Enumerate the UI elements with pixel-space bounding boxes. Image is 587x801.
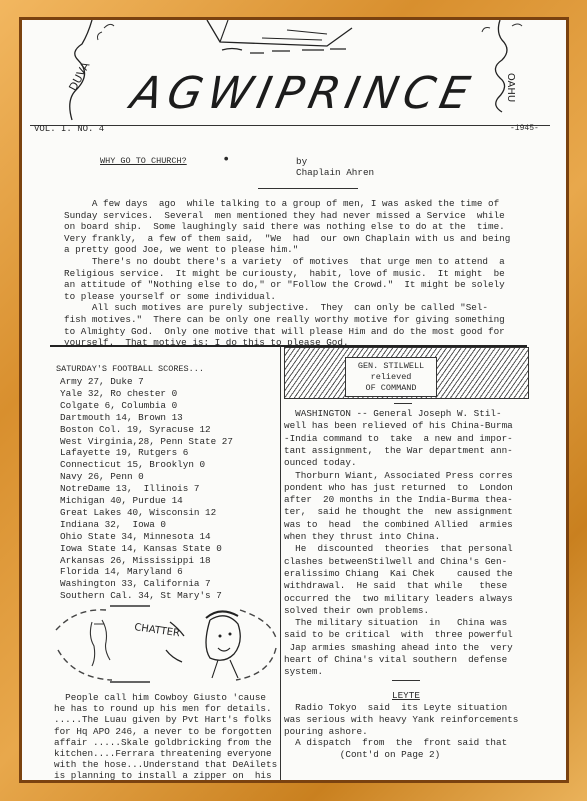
text-line: Very frankly, a few of them said, "We ha… xyxy=(64,233,510,245)
text-line: with the hose...Understand that DeAilets xyxy=(54,759,277,771)
text-line: after 20 months in the India-Burma thea- xyxy=(284,494,513,506)
text-line: affair .....Skale goldbricking from the xyxy=(54,737,272,749)
masthead-rule xyxy=(30,125,550,126)
text-line: when they thrust into China. xyxy=(284,531,440,543)
football-scores-title: SATURDAY'S FOOTBALL SCORES... xyxy=(56,364,204,376)
score-line: Great Lakes 40, Wisconsin 12 xyxy=(60,507,216,519)
score-line: Boston Col. 19, Syracuse 12 xyxy=(60,424,211,436)
text-line: Jap armies smashing ahead into the very xyxy=(284,642,513,654)
text-line: Thorburn Wiant, Associated Press corres xyxy=(284,470,513,482)
issue-year: -1945- xyxy=(510,124,539,133)
text-line: A dispatch from the front said that xyxy=(284,737,507,749)
text-line: solved their own problems. xyxy=(284,605,429,617)
stilwell-headline-line-3: OF COMMAND xyxy=(346,383,436,394)
text-line: to Almighty God. Only one motive that wi… xyxy=(64,326,505,338)
text-line: ounced today. xyxy=(284,457,357,469)
score-line: Arkansas 26, Mississippi 18 xyxy=(60,555,211,567)
text-line: eralissimo Chiang Kai Chek caused the xyxy=(284,568,513,580)
text-line: he has to round up his men for details. xyxy=(54,703,272,715)
oahu-label: OAHU xyxy=(505,73,516,102)
leyte-divider xyxy=(392,680,420,681)
newsletter-page: DUVA OAHU AGWIPRINCE VOL. I. NO. 4 -1945… xyxy=(22,20,566,780)
text-line: Sunday services. Several men mentioned t… xyxy=(64,210,505,222)
masthead: DUVA OAHU AGWIPRINCE VOL. I. NO. 4 -1945… xyxy=(22,20,566,135)
text-line: ter, said he thought the new assignment xyxy=(284,506,513,518)
text-line: said to be critical with three powerful xyxy=(284,629,513,641)
text-line: is planning to install a zipper on his xyxy=(54,770,272,780)
score-line: Army 27, Duke 7 xyxy=(60,376,144,388)
score-line: NotreDame 13, Illinois 7 xyxy=(60,483,199,495)
article-divider xyxy=(258,188,358,189)
text-line: a pretty good Joe, we went to please him… xyxy=(64,244,298,256)
score-line: Lafayette 19, Rutgers 6 xyxy=(60,447,188,459)
column-rule xyxy=(280,345,281,780)
text-line: to please yourself or some individual. xyxy=(64,291,276,303)
text-line: system. xyxy=(284,666,323,678)
volume-number: VOL. I. NO. 4 xyxy=(34,124,104,134)
leyte-title: LEYTE xyxy=(392,690,420,702)
score-line: Florida 14, Maryland 6 xyxy=(60,566,183,578)
text-line: There's no doubt there's a variety of mo… xyxy=(64,256,505,268)
dateline-dash xyxy=(394,403,412,404)
byline-author: Chaplain Ahren xyxy=(296,167,374,179)
score-line: Iowa State 14, Kansas State 0 xyxy=(60,543,222,555)
text-line: occurred the two military leaders always xyxy=(284,593,513,605)
text-line: A few days ago while talking to a group … xyxy=(64,198,499,210)
chatter-cartoon-icon: CHATTER xyxy=(50,600,282,688)
text-line: fish motives." There can be only one rea… xyxy=(64,314,505,326)
text-line: Religious service. It might be curiousty… xyxy=(64,268,505,280)
score-line: Dartmouth 14, Brown 13 xyxy=(60,412,183,424)
score-line: Washington 33, California 7 xyxy=(60,578,211,590)
text-line: for Hq APO 246, a never to be forgotten xyxy=(54,726,272,738)
text-line: Radio Tokyo said its Leyte situation xyxy=(284,702,507,714)
score-line: Colgate 6, Columbia 0 xyxy=(60,400,177,412)
text-line: .....The Luau given by Pvt Hart's folks xyxy=(54,714,272,726)
text-line: pondent who has just returned to London xyxy=(284,482,513,494)
text-line: He discounted theories that personal xyxy=(284,543,513,555)
score-line: Ohio State 34, Minnesota 14 xyxy=(60,531,211,543)
score-line: West Virginia,28, Penn State 27 xyxy=(60,436,233,448)
text-line: was to head the combined Allied armies xyxy=(284,519,513,531)
text-line: heart of China's vital southern defense xyxy=(284,654,507,666)
bullet-dot: • xyxy=(222,155,230,167)
text-line: (Cont'd on Page 2) xyxy=(284,749,440,761)
score-line: Connecticut 15, Brooklyn 0 xyxy=(60,459,205,471)
text-line: kitchen....Ferrara threatening everyone xyxy=(54,748,272,760)
text-line: was serious with heavy Yank reinforcemen… xyxy=(284,714,518,726)
church-article-title: WHY GO TO CHURCH? xyxy=(100,156,187,168)
text-line: tant assignment, the War department ann- xyxy=(284,445,513,457)
score-line: Michigan 40, Purdue 14 xyxy=(60,495,183,507)
text-line: on board ship. Some laughingly said ther… xyxy=(64,221,505,233)
text-line: -India command to take a new and impor- xyxy=(284,433,513,445)
stilwell-headline-box: GEN. STILWELL relieved OF COMMAND xyxy=(345,357,437,397)
text-line: withdrawal. He said that while these xyxy=(284,580,507,592)
newsletter-title: AGWIPRINCE xyxy=(127,68,498,119)
score-line: Indiana 32, Iowa 0 xyxy=(60,519,166,531)
text-line: People call him Cowboy Giusto 'cause xyxy=(54,692,266,704)
text-line: clashes betweenStilwell and China's Gen- xyxy=(284,556,507,568)
stilwell-headline-line-1: GEN. STILWELL xyxy=(346,361,436,372)
text-line: well has been relieved of his China-Burm… xyxy=(284,420,513,432)
score-line: Navy 26, Penn 0 xyxy=(60,471,144,483)
text-line: an attitude of "Nothing else to do," or … xyxy=(64,279,505,291)
text-line: pouring ashore. xyxy=(284,726,368,738)
byline-by: by xyxy=(296,156,307,168)
stilwell-headline-line-2: relieved xyxy=(346,372,436,383)
text-line: All such motives are purely subjective. … xyxy=(64,302,488,314)
text-line: The military situation in China was xyxy=(284,617,507,629)
score-line: Yale 32, Ro chester 0 xyxy=(60,388,177,400)
text-line: WASHINGTON -- General Joseph W. Stil- xyxy=(284,408,502,420)
